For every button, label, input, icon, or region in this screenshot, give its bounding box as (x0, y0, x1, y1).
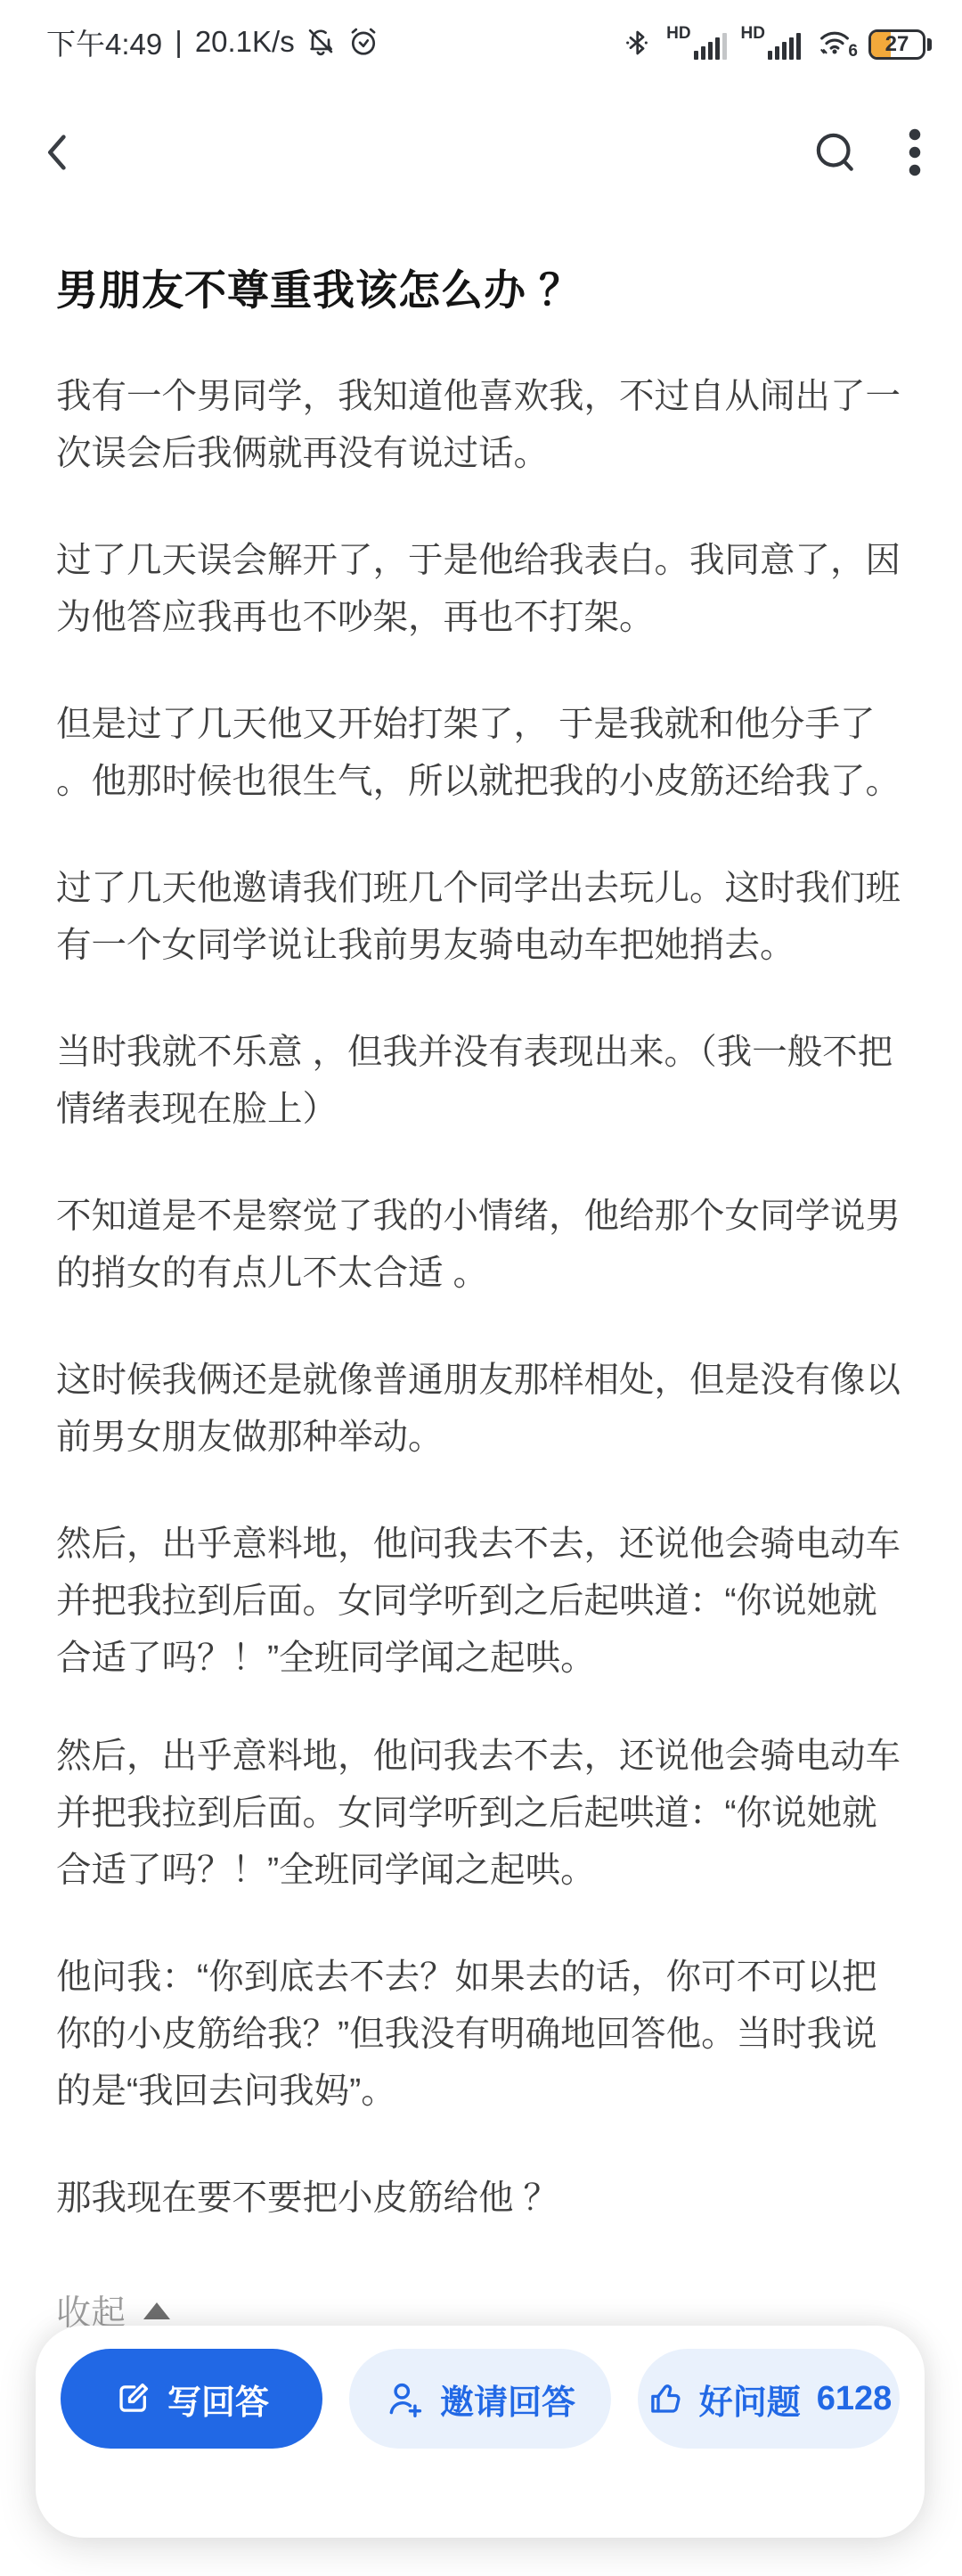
sim2-signal-bars-icon (768, 33, 801, 60)
network-speed: 20.1K/s (195, 25, 295, 59)
search-icon (811, 127, 860, 177)
battery-icon: 27 (868, 29, 925, 60)
sim1-signal-bars-icon (694, 33, 727, 60)
bottom-action-bar: 写回答 邀请回答 好问题 6128 (36, 2326, 925, 2538)
good-question-count: 6128 (817, 2380, 893, 2418)
battery-nub (927, 38, 932, 51)
sim1-signal: HD (666, 24, 726, 60)
write-pen-icon (114, 2380, 151, 2417)
kebab-menu-icon (907, 126, 923, 179)
write-answer-label: 写回答 (167, 2375, 269, 2424)
good-question-button[interactable]: 好问题 6128 (638, 2349, 900, 2449)
question-paragraph: 然后，出乎意料地，他问我去不去，还说他会骑电动车并把我拉到后面。女同学听到之后起… (56, 1516, 906, 1687)
wifi-icon: 6 (815, 24, 854, 60)
question-paragraph: 但是过了几天他又开始打架了， 于是我就和他分手了。他那时候也很生气，所以就把我的… (56, 696, 906, 810)
question-paragraph: 这时候我俩还是就像普通朋友那样相处，但是没有像以前男女朋友做那种举动。 (56, 1352, 906, 1466)
question-paragraph: 当时我就不乐意 ，但我并没有表现出来。（我一般不把情绪表现在脸上） (56, 1024, 906, 1138)
back-button[interactable] (36, 124, 82, 181)
question-paragraph: 我有一个男同学，我知道他喜欢我，不过自从闹出了一次误会后我俩就再没有说过话。 (56, 368, 906, 482)
battery-percent: 27 (871, 32, 923, 57)
back-chevron-icon (36, 124, 82, 181)
status-bar: 下午4:49 | 20.1K/s (0, 0, 962, 78)
thumbs-up-icon (646, 2380, 683, 2417)
more-menu-button[interactable] (907, 126, 923, 179)
question-paragraph: 他问我：“你到底去不去？如果去的话，你可不可以把你的小皮筋给我？”但我没有明确地… (56, 1949, 906, 2120)
clock-time: 下午4:49 (46, 21, 162, 63)
question-content: 男朋友不尊重我该怎么办 ？ 我有一个男同学，我知道他喜欢我，不过自从闹出了一次误… (0, 262, 962, 2449)
nav-bar (0, 78, 962, 226)
question-paragraph: 过了几天误会解开了，于是他给我表白。我同意了，因为他答应我再也不吵架，再也不打架… (56, 532, 906, 646)
sim1-hd-label: HD (666, 24, 690, 44)
invite-answer-button[interactable]: 邀请回答 (349, 2349, 611, 2449)
question-detail-screen: 下午4:49 | 20.1K/s (0, 0, 962, 2576)
question-title: 男朋友不尊重我该怎么办 ？ (56, 262, 906, 318)
question-paragraph: 过了几天他邀请我们班几个同学出去玩儿。这时我们班有一个女同学说让我前男友骑电动车… (56, 860, 906, 974)
sim2-hd-label: HD (741, 24, 765, 44)
status-left: 下午4:49 | 20.1K/s (46, 21, 380, 63)
invite-answer-label: 邀请回答 (440, 2375, 575, 2424)
alarm-clock-icon (346, 25, 380, 59)
question-body: 我有一个男同学，我知道他喜欢我，不过自从闹出了一次误会后我俩就再没有说过话。 过… (56, 368, 906, 2227)
bluetooth-icon (622, 26, 652, 60)
battery-indicator: 27 (868, 29, 932, 60)
question-paragraph: 那我现在要不要把小皮筋给他 ？ (56, 2170, 906, 2227)
question-paragraph: 然后，出乎意料地，他问我去不去，还说他会骑电动车并把我拉到后面。女同学听到之后起… (56, 1728, 906, 1899)
mute-bell-icon (304, 25, 338, 59)
person-plus-icon (385, 2379, 424, 2418)
status-right: HD HD 6 27 (622, 24, 932, 60)
search-button[interactable] (811, 127, 860, 177)
collapse-up-arrow-icon (143, 2302, 170, 2319)
good-question-label: 好问题 (699, 2375, 801, 2424)
wifi6-label: 6 (848, 42, 858, 61)
status-divider: | (175, 25, 183, 59)
question-paragraph: 不知道是不是察觉了我的小情绪，他给那个女同学说男的捎女的有点儿不太合适 。 (56, 1188, 906, 1302)
sim2-signal: HD (741, 24, 801, 60)
write-answer-button[interactable]: 写回答 (61, 2349, 322, 2449)
